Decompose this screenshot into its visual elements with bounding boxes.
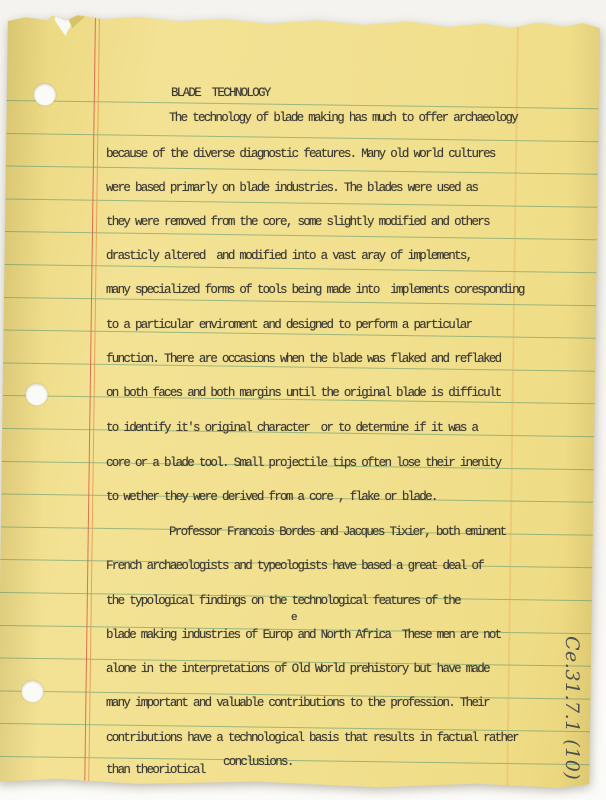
paper-background [0,12,600,790]
scanned-document-page: BLADE TECHNOLOGY The technology of blade… [0,0,606,800]
punch-hole [21,680,43,702]
paper-sheet [0,12,600,790]
